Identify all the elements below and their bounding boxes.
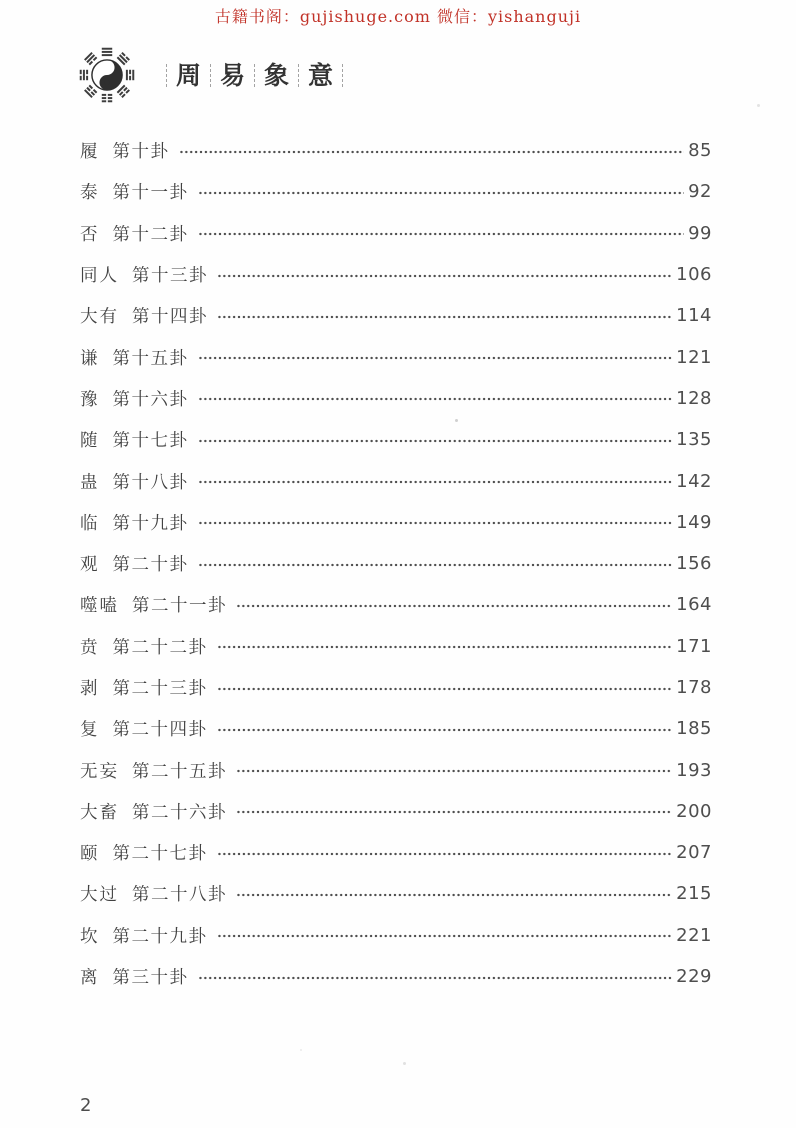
- entry-page-number: 106: [676, 264, 712, 285]
- title-separator: [254, 64, 255, 87]
- entry-name: 临: [80, 510, 100, 535]
- entry-name: 无妄: [80, 758, 119, 783]
- toc-entry: 复 第二十四卦 185: [80, 708, 712, 749]
- toc-entry: 坎 第二十九卦 221: [80, 915, 712, 956]
- scan-speck: [757, 104, 760, 107]
- dot-leader: [217, 645, 673, 649]
- page-number: 2: [80, 1095, 91, 1116]
- entry-page-number: 114: [676, 305, 712, 326]
- dot-leader: [198, 232, 685, 236]
- entry-chapter: 第二十七卦: [113, 840, 208, 865]
- scanned-book-page: 古籍书阁：gujishuge.com 微信：yishanguji: [0, 0, 796, 1128]
- dot-leader: [198, 563, 673, 567]
- dot-leader: [217, 315, 672, 319]
- entry-name: 大畜: [80, 799, 119, 824]
- entry-page-number: 215: [676, 883, 712, 904]
- entry-page-number: 193: [676, 760, 712, 781]
- entry-page-number: 200: [676, 801, 712, 822]
- dot-leader: [236, 604, 672, 608]
- bagua-yinyang-icon: [78, 46, 136, 104]
- entry-page-number: 128: [676, 388, 712, 409]
- entry-chapter: 第二十八卦: [132, 881, 227, 906]
- title-separator: [342, 64, 343, 87]
- entry-name: 同人: [80, 262, 119, 287]
- toc-entry: 观 第二十卦 156: [80, 543, 712, 584]
- brand-row: 周 易 象 意: [78, 46, 343, 104]
- title-separator: [298, 64, 299, 87]
- entry-name: 豫: [80, 386, 100, 411]
- title-char: 周: [167, 63, 210, 88]
- entry-name: 观: [80, 551, 100, 576]
- toc-entry: 大过 第二十八卦 215: [80, 873, 712, 914]
- entry-page-number: 92: [688, 181, 712, 202]
- title-char: 易: [211, 63, 254, 88]
- entry-name: 噬嗑: [80, 592, 119, 617]
- entry-name: 颐: [80, 840, 100, 865]
- toc-entry: 谦 第十五卦 121: [80, 336, 712, 377]
- dot-leader: [198, 439, 673, 443]
- entry-page-number: 156: [676, 553, 712, 574]
- dot-leader: [217, 274, 672, 278]
- entry-page-number: 135: [676, 429, 712, 450]
- entry-page-number: 171: [676, 636, 712, 657]
- entry-page-number: 85: [688, 140, 712, 161]
- entry-name: 随: [80, 427, 100, 452]
- scan-speck: [403, 1062, 406, 1065]
- entry-page-number: 207: [676, 842, 712, 863]
- entry-chapter: 第十四卦: [132, 303, 208, 328]
- entry-chapter: 第十七卦: [113, 427, 189, 452]
- entry-page-number: 229: [676, 966, 712, 987]
- toc-entry: 随 第十七卦 135: [80, 419, 712, 460]
- entry-chapter: 第十二卦: [113, 221, 189, 246]
- toc-entry: 大畜 第二十六卦 200: [80, 791, 712, 832]
- dot-leader: [217, 728, 673, 732]
- toc-entry: 贲 第二十二卦 171: [80, 626, 712, 667]
- toc-entry: 颐 第二十七卦 207: [80, 832, 712, 873]
- dot-leader: [198, 397, 673, 401]
- toc-entry: 同人 第十三卦 106: [80, 254, 712, 295]
- entry-chapter: 第十三卦: [132, 262, 208, 287]
- dot-leader: [236, 810, 672, 814]
- entry-name: 蛊: [80, 469, 100, 494]
- entry-page-number: 121: [676, 347, 712, 368]
- entry-name: 坎: [80, 923, 100, 948]
- dot-leader: [198, 976, 673, 980]
- entry-chapter: 第十卦: [113, 138, 170, 163]
- entry-chapter: 第三十卦: [113, 964, 189, 989]
- toc-entry: 豫 第十六卦 128: [80, 378, 712, 419]
- toc-entry: 大有 第十四卦 114: [80, 295, 712, 336]
- entry-chapter: 第十六卦: [113, 386, 189, 411]
- title-separator: [166, 64, 167, 87]
- entry-page-number: 164: [676, 594, 712, 615]
- dot-leader: [236, 893, 672, 897]
- entry-page-number: 185: [676, 718, 712, 739]
- toc-entry: 离 第三十卦 229: [80, 956, 712, 997]
- dot-leader: [198, 191, 685, 195]
- entry-name: 剥: [80, 675, 100, 700]
- toc-entry: 剥 第二十三卦 178: [80, 667, 712, 708]
- watermark-text: 古籍书阁：gujishuge.com 微信：yishanguji: [0, 4, 796, 27]
- entry-name: 谦: [80, 345, 100, 370]
- entry-chapter: 第二十五卦: [132, 758, 227, 783]
- toc-entry: 否 第十二卦 99: [80, 213, 712, 254]
- toc-list: 履 第十卦 85 泰 第十一卦 92 否 第十二卦 99 同人 第十三卦 106…: [80, 130, 712, 997]
- dot-leader: [217, 852, 673, 856]
- entry-chapter: 第十五卦: [113, 345, 189, 370]
- dot-leader: [198, 356, 673, 360]
- entry-name: 复: [80, 716, 100, 741]
- entry-chapter: 第十八卦: [113, 469, 189, 494]
- entry-page-number: 99: [688, 223, 712, 244]
- entry-name: 离: [80, 964, 100, 989]
- title-separator: [210, 64, 211, 87]
- entry-name: 大有: [80, 303, 119, 328]
- entry-page-number: 178: [676, 677, 712, 698]
- entry-chapter: 第二十三卦: [113, 675, 208, 700]
- dot-leader: [217, 687, 673, 691]
- entry-chapter: 第十一卦: [113, 179, 189, 204]
- entry-name: 贲: [80, 634, 100, 659]
- dot-leader: [217, 934, 673, 938]
- title-char: 意: [299, 63, 342, 88]
- entry-chapter: 第二十二卦: [113, 634, 208, 659]
- title-char: 象: [255, 63, 298, 88]
- entry-name: 大过: [80, 881, 119, 906]
- entry-chapter: 第二十一卦: [132, 592, 227, 617]
- dot-leader: [179, 150, 685, 154]
- entry-chapter: 第十九卦: [113, 510, 189, 535]
- dot-leader: [236, 769, 672, 773]
- entry-chapter: 第二十四卦: [113, 716, 208, 741]
- entry-name: 履: [80, 138, 100, 163]
- dot-leader: [198, 521, 673, 525]
- entry-name: 泰: [80, 179, 100, 204]
- toc-entry: 噬嗑 第二十一卦 164: [80, 584, 712, 625]
- entry-chapter: 第二十卦: [113, 551, 189, 576]
- toc-entry: 临 第十九卦 149: [80, 502, 712, 543]
- entry-page-number: 221: [676, 925, 712, 946]
- toc-entry: 履 第十卦 85: [80, 130, 712, 171]
- entry-chapter: 第二十九卦: [113, 923, 208, 948]
- entry-page-number: 142: [676, 471, 712, 492]
- entry-page-number: 149: [676, 512, 712, 533]
- dot-leader: [198, 480, 673, 484]
- toc-entry: 蛊 第十八卦 142: [80, 460, 712, 501]
- toc-entry: 泰 第十一卦 92: [80, 171, 712, 212]
- entry-chapter: 第二十六卦: [132, 799, 227, 824]
- scan-speck: [455, 419, 458, 422]
- scan-speck: [300, 1049, 302, 1051]
- toc-entry: 无妄 第二十五卦 193: [80, 749, 712, 790]
- entry-name: 否: [80, 221, 100, 246]
- book-title: 周 易 象 意: [166, 63, 343, 88]
